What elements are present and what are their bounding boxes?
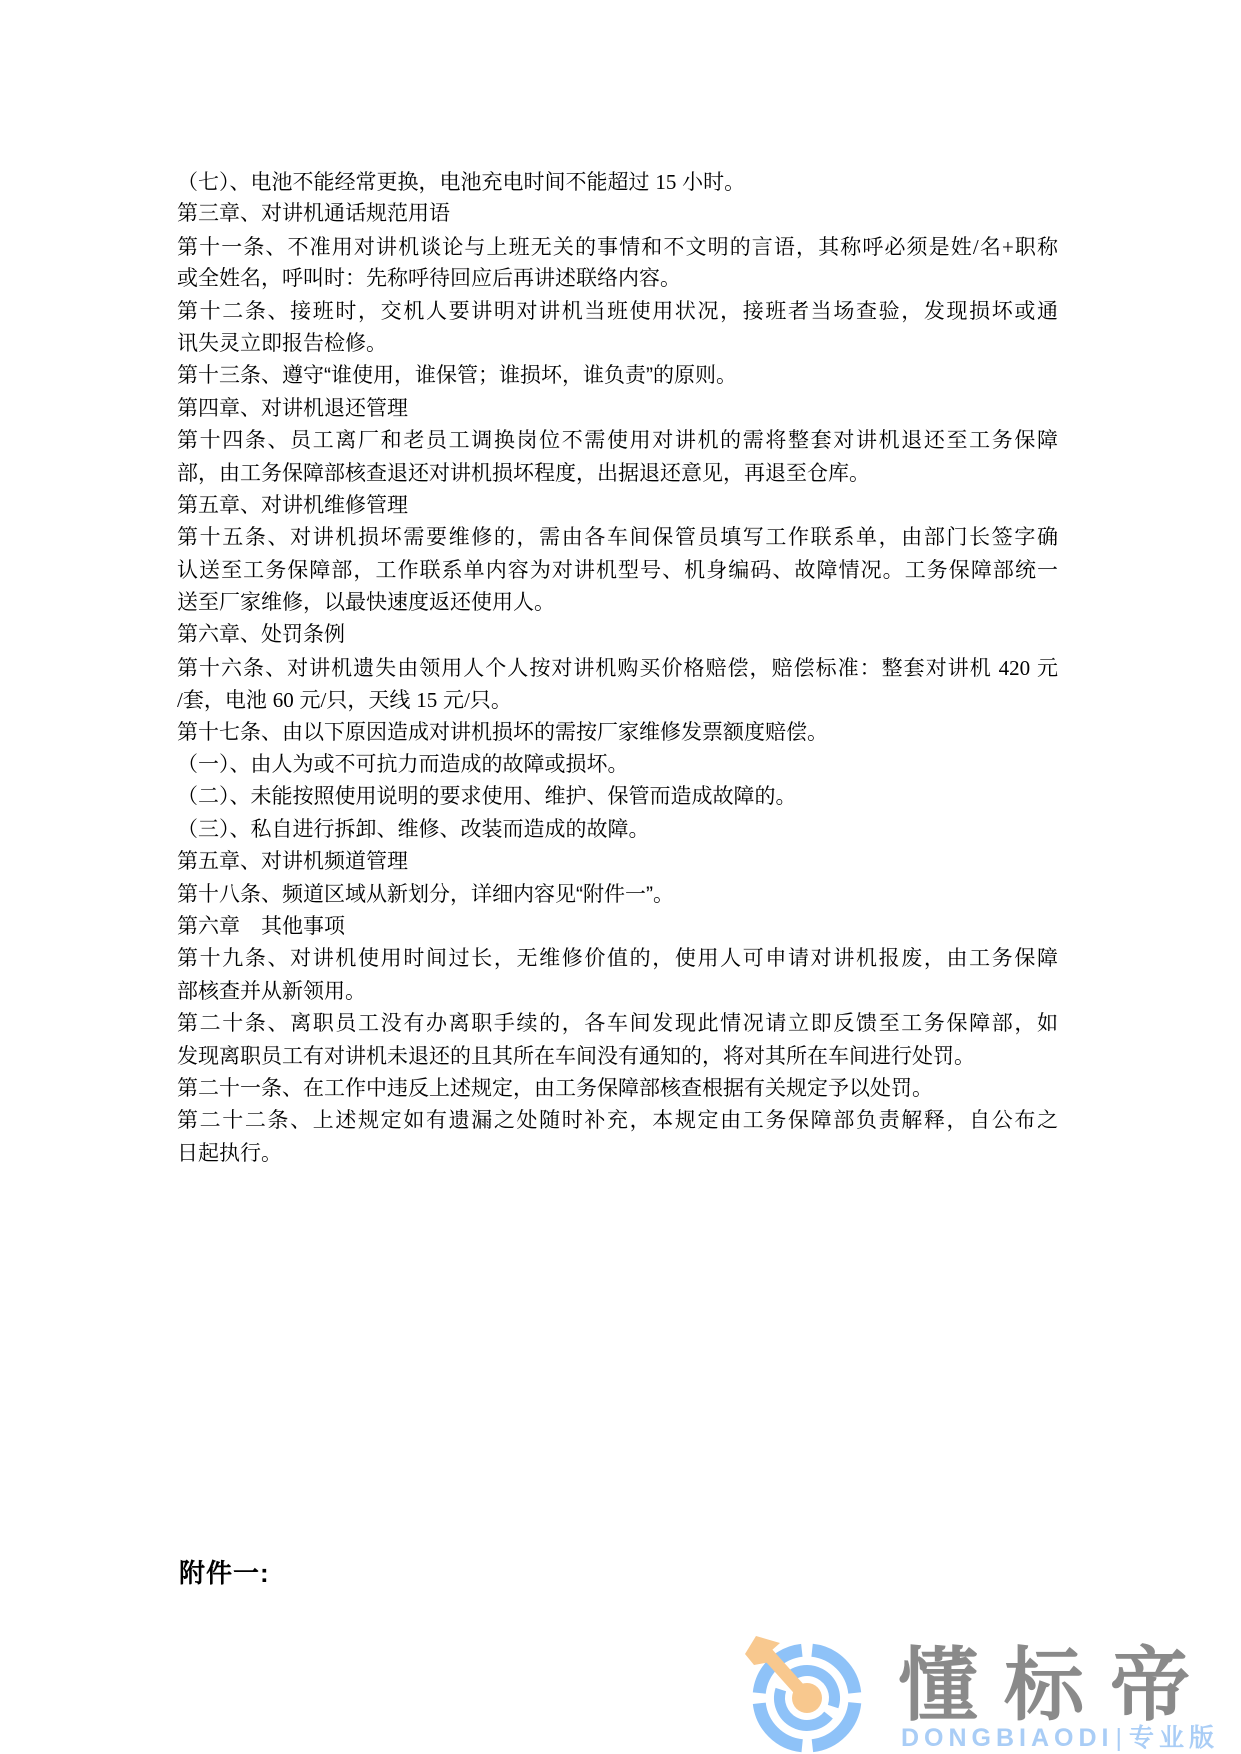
text-line: （七）、电池不能经常更换，电池充电时间不能超过 15 小时。 [177,166,1058,198]
text-line: 第二十条、离职员工没有办离职手续的，各车间发现此情况请立即反馈至工务保障部，如 [177,1008,1058,1040]
text-line: 第三章、对讲机通话规范用语 [177,198,1058,230]
text-line: 第二十二条、上述规定如有遗漏之处随时补充，本规定由工务保障部负责解释，自公布之 [177,1105,1058,1137]
watermark-edition-badge: 专业版 [1129,1724,1219,1752]
text-line: 或全姓名，呼叫时：先称呼待回应后再讲述联络内容。 [177,263,1058,295]
watermark-separator: | [1116,1724,1128,1752]
text-line: （二）、未能按照使用说明的要求使用、维护、保管而造成故障的。 [177,781,1058,813]
watermark-brand-sub: DONGBIAODI|专业版 [901,1725,1219,1751]
text-line: 第十二条、接班时，交机人要讲明对讲机当班使用状况，接班者当场查验，发现损坏或通 [177,296,1058,328]
text-line: 第十九条、对讲机使用时间过长，无维修价值的，使用人可申请对讲机报废，由工务保障 [177,943,1058,975]
text-line: 认送至工务保障部，工作联系单内容为对讲机型号、机身编码、故障情况。工务保障部统一 [177,555,1058,587]
text-line: 第四章、对讲机退还管理 [177,393,1058,425]
text-line: 第十八条、频道区域从新划分，详细内容见“附件一”。 [177,879,1058,911]
text-line: 第五章、对讲机频道管理 [177,846,1058,878]
text-line: 第十一条、不准用对讲机谈论与上班无关的事情和不文明的言语，其称呼必须是姓/名+职… [177,231,1058,263]
text-line: 第十四条、员工离厂和老员工调换岗位不需使用对讲机的需将整套对讲机退还至工务保障 [177,425,1058,457]
watermark-brand-latin: DONGBIAODI [901,1724,1114,1752]
text-line: 第五章、对讲机维修管理 [177,490,1058,522]
text-line: 第十三条、遵守“谁使用，谁保管；谁损坏，谁负责”的原则。 [177,360,1058,392]
text-line: 发现离职员工有对讲机未退还的且其所在车间没有通知的，将对其所在车间进行处罚。 [177,1041,1058,1073]
text-line: 部，由工务保障部核查退还对讲机损坏程度，出据退还意见，再退至仓库。 [177,458,1058,490]
text-line: 第十六条、对讲机遗失由领用人个人按对讲机购买价格赔偿，赔偿标准：整套对讲机 42… [177,652,1058,684]
text-line: （三）、私自进行拆卸、维修、改装而造成的故障。 [177,814,1058,846]
watermark-brand-cn: 懂标帝 [898,1646,1216,1726]
text-line: 日起执行。 [177,1138,1058,1170]
text-line: 第十七条、由以下原因造成对讲机损坏的需按厂家维修发票额度赔偿。 [177,717,1058,749]
document-page: （七）、电池不能经常更换，电池充电时间不能超过 15 小时。第三章、对讲机通话规… [0,0,1241,1754]
target-dart-logo-icon [742,1634,872,1754]
text-line: 送至厂家维修，以最快速度返还使用人。 [177,587,1058,619]
text-line: 部核查并从新领用。 [177,976,1058,1008]
text-line: /套，电池 60 元/只，天线 15 元/只。 [177,684,1058,716]
text-line: 讯失灵立即报告检修。 [177,328,1058,360]
text-line: 第二十一条、在工作中违反上述规定，由工务保障部核查根据有关规定予以处罚。 [177,1073,1058,1105]
text-line: 第十五条、对讲机损坏需要维修的，需由各车间保管员填写工作联系单，由部门长签字确 [177,522,1058,554]
text-line: 第六章 其他事项 [177,911,1058,943]
text-line: （一）、由人为或不可抗力而造成的故障或损坏。 [177,749,1058,781]
attachment-heading: 附件一: [179,1553,270,1590]
text-line: 第六章、处罚条例 [177,619,1058,651]
document-body: （七）、电池不能经常更换，电池充电时间不能超过 15 小时。第三章、对讲机通话规… [177,166,1058,1170]
